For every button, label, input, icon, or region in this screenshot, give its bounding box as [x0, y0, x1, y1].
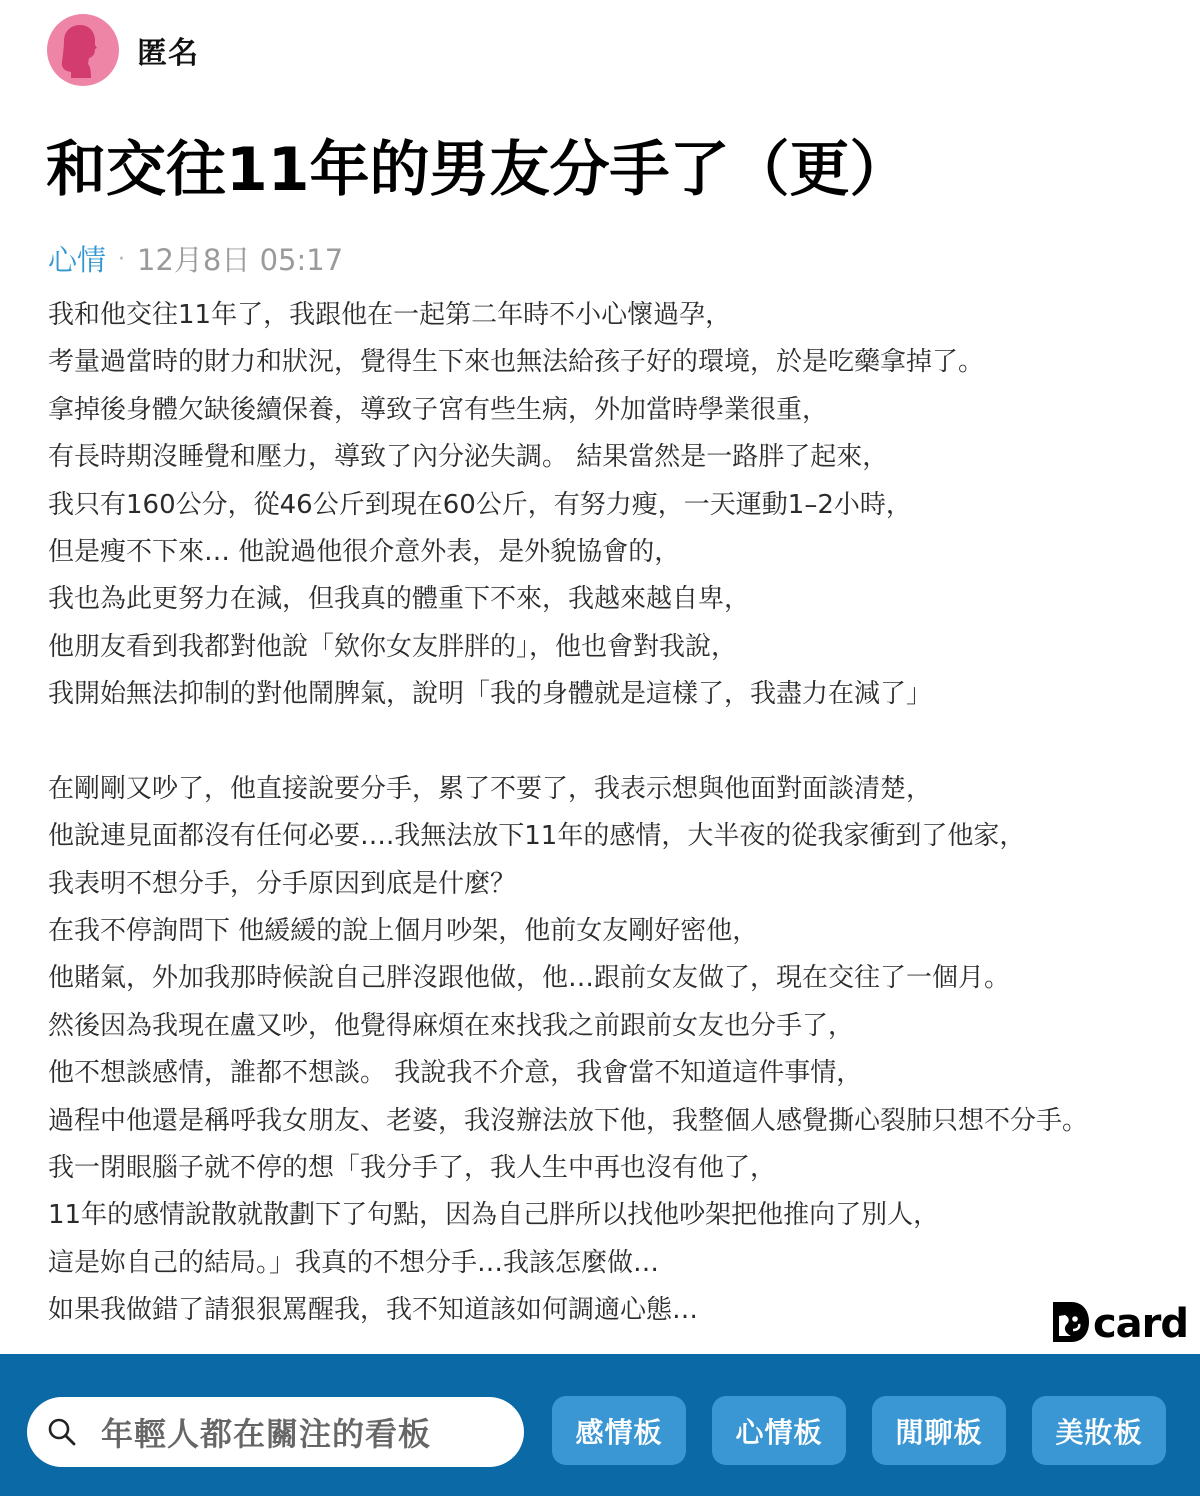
- dcard-logo-icon: [1051, 1300, 1091, 1344]
- content-line: 但是瘦不下來… 他說過他很介意外表，是外貌協會的，: [48, 529, 1198, 576]
- post-meta: 心情 · 12月8日 05:17: [48, 240, 343, 280]
- content-line: 他朋友看到我都對他說「欸你女友胖胖的」，他也會對我說，: [48, 624, 1198, 671]
- content-line: 我一閉眼腦子就不停的想「我分手了，我人生中再也沒有他了，: [48, 1145, 1198, 1192]
- forum-link[interactable]: 心情: [48, 240, 106, 280]
- search-placeholder: 年輕人都在關注的看板: [101, 1409, 431, 1455]
- board-chip-chat[interactable]: 閒聊板: [872, 1396, 1006, 1465]
- content-line: 他賭氣，外加我那時候說自己胖沒跟他做，他…跟前女友做了，現在交往了一個月。: [48, 955, 1198, 1002]
- content-line: 在我不停詢問下 他緩緩的說上個月吵架，他前女友剛好密他，: [48, 908, 1198, 955]
- content-line: 我開始無法抑制的對他鬧脾氣，說明「我的身體就是這樣了，我盡力在減了」: [48, 671, 1198, 718]
- content-line: 我也為此更努力在減，但我真的體重下不來，我越來越自卑，: [48, 576, 1198, 623]
- content-line: 他說連見面都沒有任何必要….我無法放下11年的感情，大半夜的從我家衝到了他家，: [48, 813, 1198, 860]
- content-line: 有長時期沒睡覺和壓力，導致了內分泌失調。 結果當然是一路胖了起來，: [48, 434, 1198, 481]
- board-chip-makeup[interactable]: 美妝板: [1032, 1396, 1166, 1465]
- content-line: 過程中他還是稱呼我女朋友、老婆，我沒辦法放下他，我整個人感覺撕心裂肺只想不分手。: [48, 1098, 1198, 1145]
- content-line: 我只有160公分，從46公斤到現在60公斤，有努力瘦，一天運動1–2小時，: [48, 482, 1198, 529]
- search-icon: [47, 1417, 77, 1447]
- content-line: 然後因為我現在盧又吵，他覺得麻煩在來找我之前跟前女友也分手了，: [48, 1003, 1198, 1050]
- content-line: 11年的感情說散就散劃下了句點，因為自己胖所以找他吵架把他推向了別人，: [48, 1192, 1198, 1239]
- search-input[interactable]: 年輕人都在關注的看板: [27, 1397, 524, 1467]
- author-name[interactable]: 匿名: [137, 28, 199, 72]
- post-title: 和交往11年的男友分手了（更）: [46, 130, 910, 210]
- bottom-bar: 年輕人都在關注的看板 感情板 心情板 閒聊板 美妝板: [0, 1354, 1200, 1496]
- content-line: 我表明不想分手，分手原因到底是什麼？: [48, 861, 1198, 908]
- content-line: 拿掉後身體欠缺後續保養，導致子宮有些生病，外加當時學業很重，: [48, 387, 1198, 434]
- content-line: 這是妳自己的結局。」我真的不想分手…我該怎麼做…: [48, 1240, 1198, 1287]
- female-silhouette-icon: [47, 14, 119, 86]
- board-chip-mood[interactable]: 心情板: [712, 1396, 846, 1465]
- avatar[interactable]: [47, 14, 119, 86]
- content-line: 在剛剛又吵了，他直接說要分手，累了不要了，我表示想與他面對面談清楚，: [48, 766, 1198, 813]
- content-line: 他不想談感情，誰都不想談。 我說我不介意，我會當不知道這件事情，: [48, 1050, 1198, 1097]
- post-date: 12月8日 05:17: [137, 240, 343, 280]
- board-chip-relationship[interactable]: 感情板: [552, 1396, 686, 1465]
- content-line: 考量過當時的財力和狀況，覺得生下來也無法給孩子好的環境，於是吃藥拿掉了。: [48, 339, 1198, 386]
- logo-text: card: [1093, 1304, 1188, 1344]
- content-line: 我和他交往11年了，我跟他在一起第二年時不小心懷過孕，: [48, 292, 1198, 339]
- content-line: 如果我做錯了請狠狠罵醒我，我不知道該如何調適心態…: [48, 1287, 1198, 1334]
- paragraph-gap: [48, 719, 1198, 766]
- dcard-logo: card: [1051, 1296, 1188, 1344]
- meta-separator: ·: [118, 240, 125, 280]
- post-content: 我和他交往11年了，我跟他在一起第二年時不小心懷過孕， 考量過當時的財力和狀況，…: [48, 292, 1198, 1335]
- author-header: 匿名: [47, 14, 199, 86]
